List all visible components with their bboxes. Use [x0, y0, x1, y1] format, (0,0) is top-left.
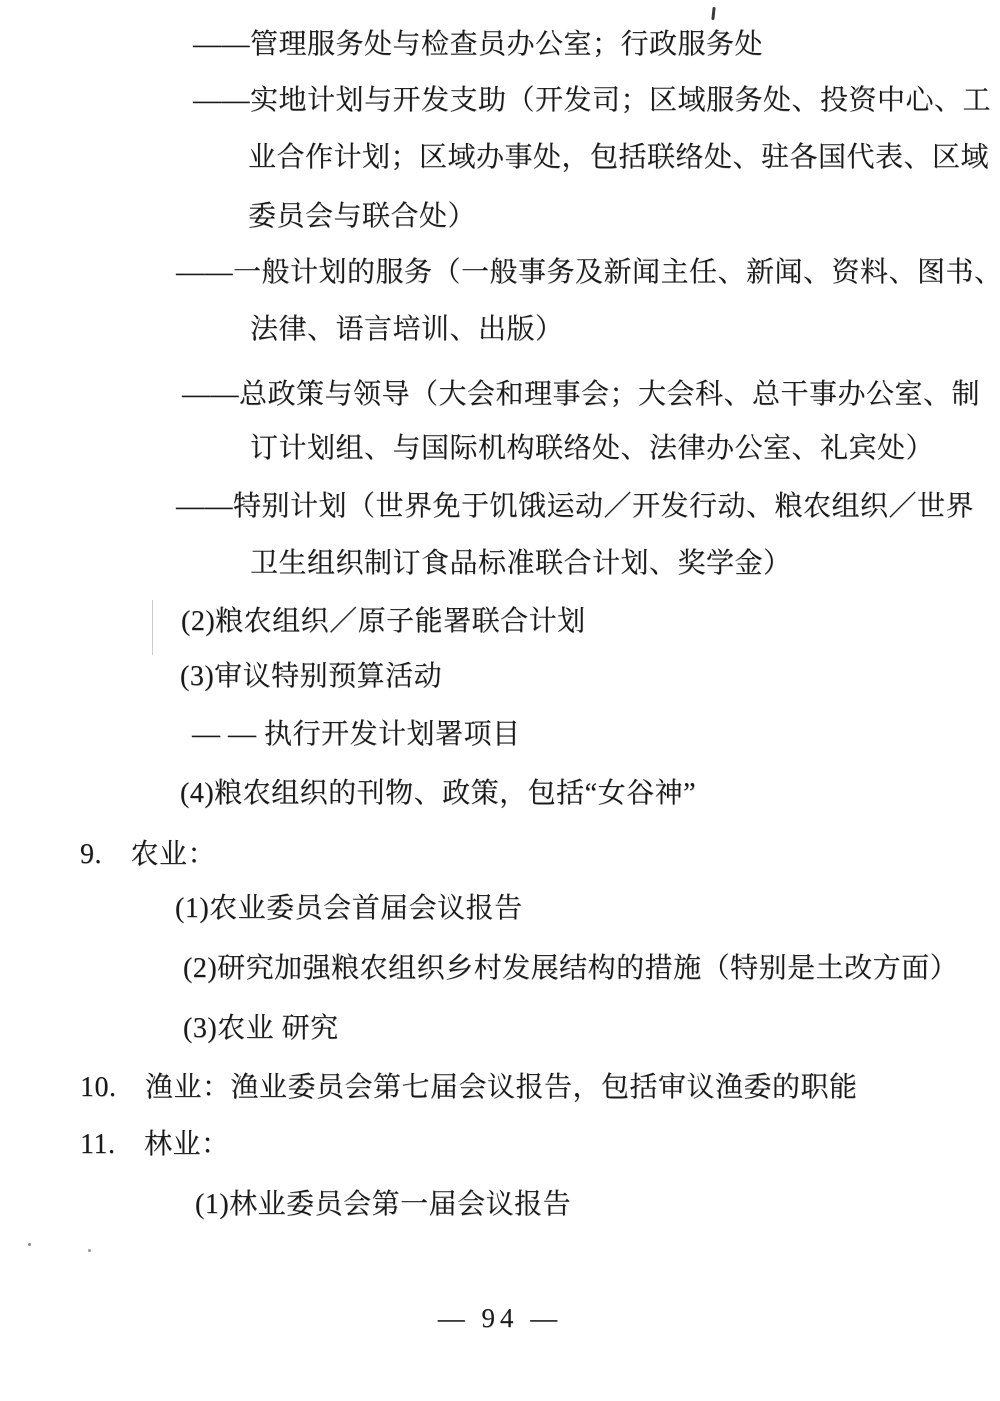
- text-line: (2)粮农组织／原子能署联合计划: [181, 605, 586, 639]
- text-line: ——一般计划的服务（一般事务及新闻主任、新闻、资料、图书、: [176, 256, 1000, 290]
- scan-artifact: [88, 1249, 91, 1252]
- text-line: — — 执行开发计划署项目: [192, 718, 521, 752]
- text-line: (3)审议特别预算活动: [180, 660, 442, 694]
- section-heading-forestry: 11. 林业：: [80, 1128, 229, 1162]
- scan-artifact: [152, 600, 153, 655]
- text-line: 法律、语言培训、出版）: [250, 313, 564, 347]
- text-line: 卫生组织制订食品标准联合计划、奖学金）: [250, 547, 792, 581]
- text-line: ——总政策与领导（大会和理事会；大会科、总干事办公室、制: [182, 378, 980, 412]
- text-line: 订计划组、与国际机构联络处、法律办公室、礼宾处）: [250, 432, 934, 466]
- text-line: 业合作计划；区域办事处，包括联络处、驻各国代表、区域: [248, 141, 989, 175]
- text-line: (1)林业委员会第一届会议报告: [195, 1188, 571, 1222]
- scan-artifact: [28, 1243, 31, 1246]
- section-heading-agriculture: 9. 农业：: [80, 838, 216, 872]
- text-line: (3)农业 研究: [183, 1012, 339, 1046]
- text-line: ——管理服务处与检查员办公室；行政服务处: [193, 28, 763, 62]
- scanned-document-page: ——管理服务处与检查员办公室；行政服务处 ——实地计划与开发支助（开发司；区域服…: [0, 0, 1000, 1401]
- text-line: 委员会与联合处）: [248, 200, 476, 234]
- text-line: (4)粮农组织的刊物、政策，包括“女谷神”: [180, 777, 696, 811]
- text-line: ——特别计划（世界免于饥饿运动／开发行动、粮农组织／世界: [176, 490, 974, 524]
- section-heading-fisheries: 10. 渔业：渔业委员会第七届会议报告，包括审议渔委的职能: [80, 1071, 858, 1105]
- text-line: (2)研究加强粮农组织乡村发展结构的措施（特别是土改方面）: [183, 952, 958, 986]
- text-line: ——实地计划与开发支助（开发司；区域服务处、投资中心、工: [193, 84, 991, 118]
- page-number: — 94 —: [0, 1303, 1000, 1334]
- text-line: (1)农业委员会首届会议报告: [175, 892, 523, 926]
- scan-artifact: [711, 7, 715, 20]
